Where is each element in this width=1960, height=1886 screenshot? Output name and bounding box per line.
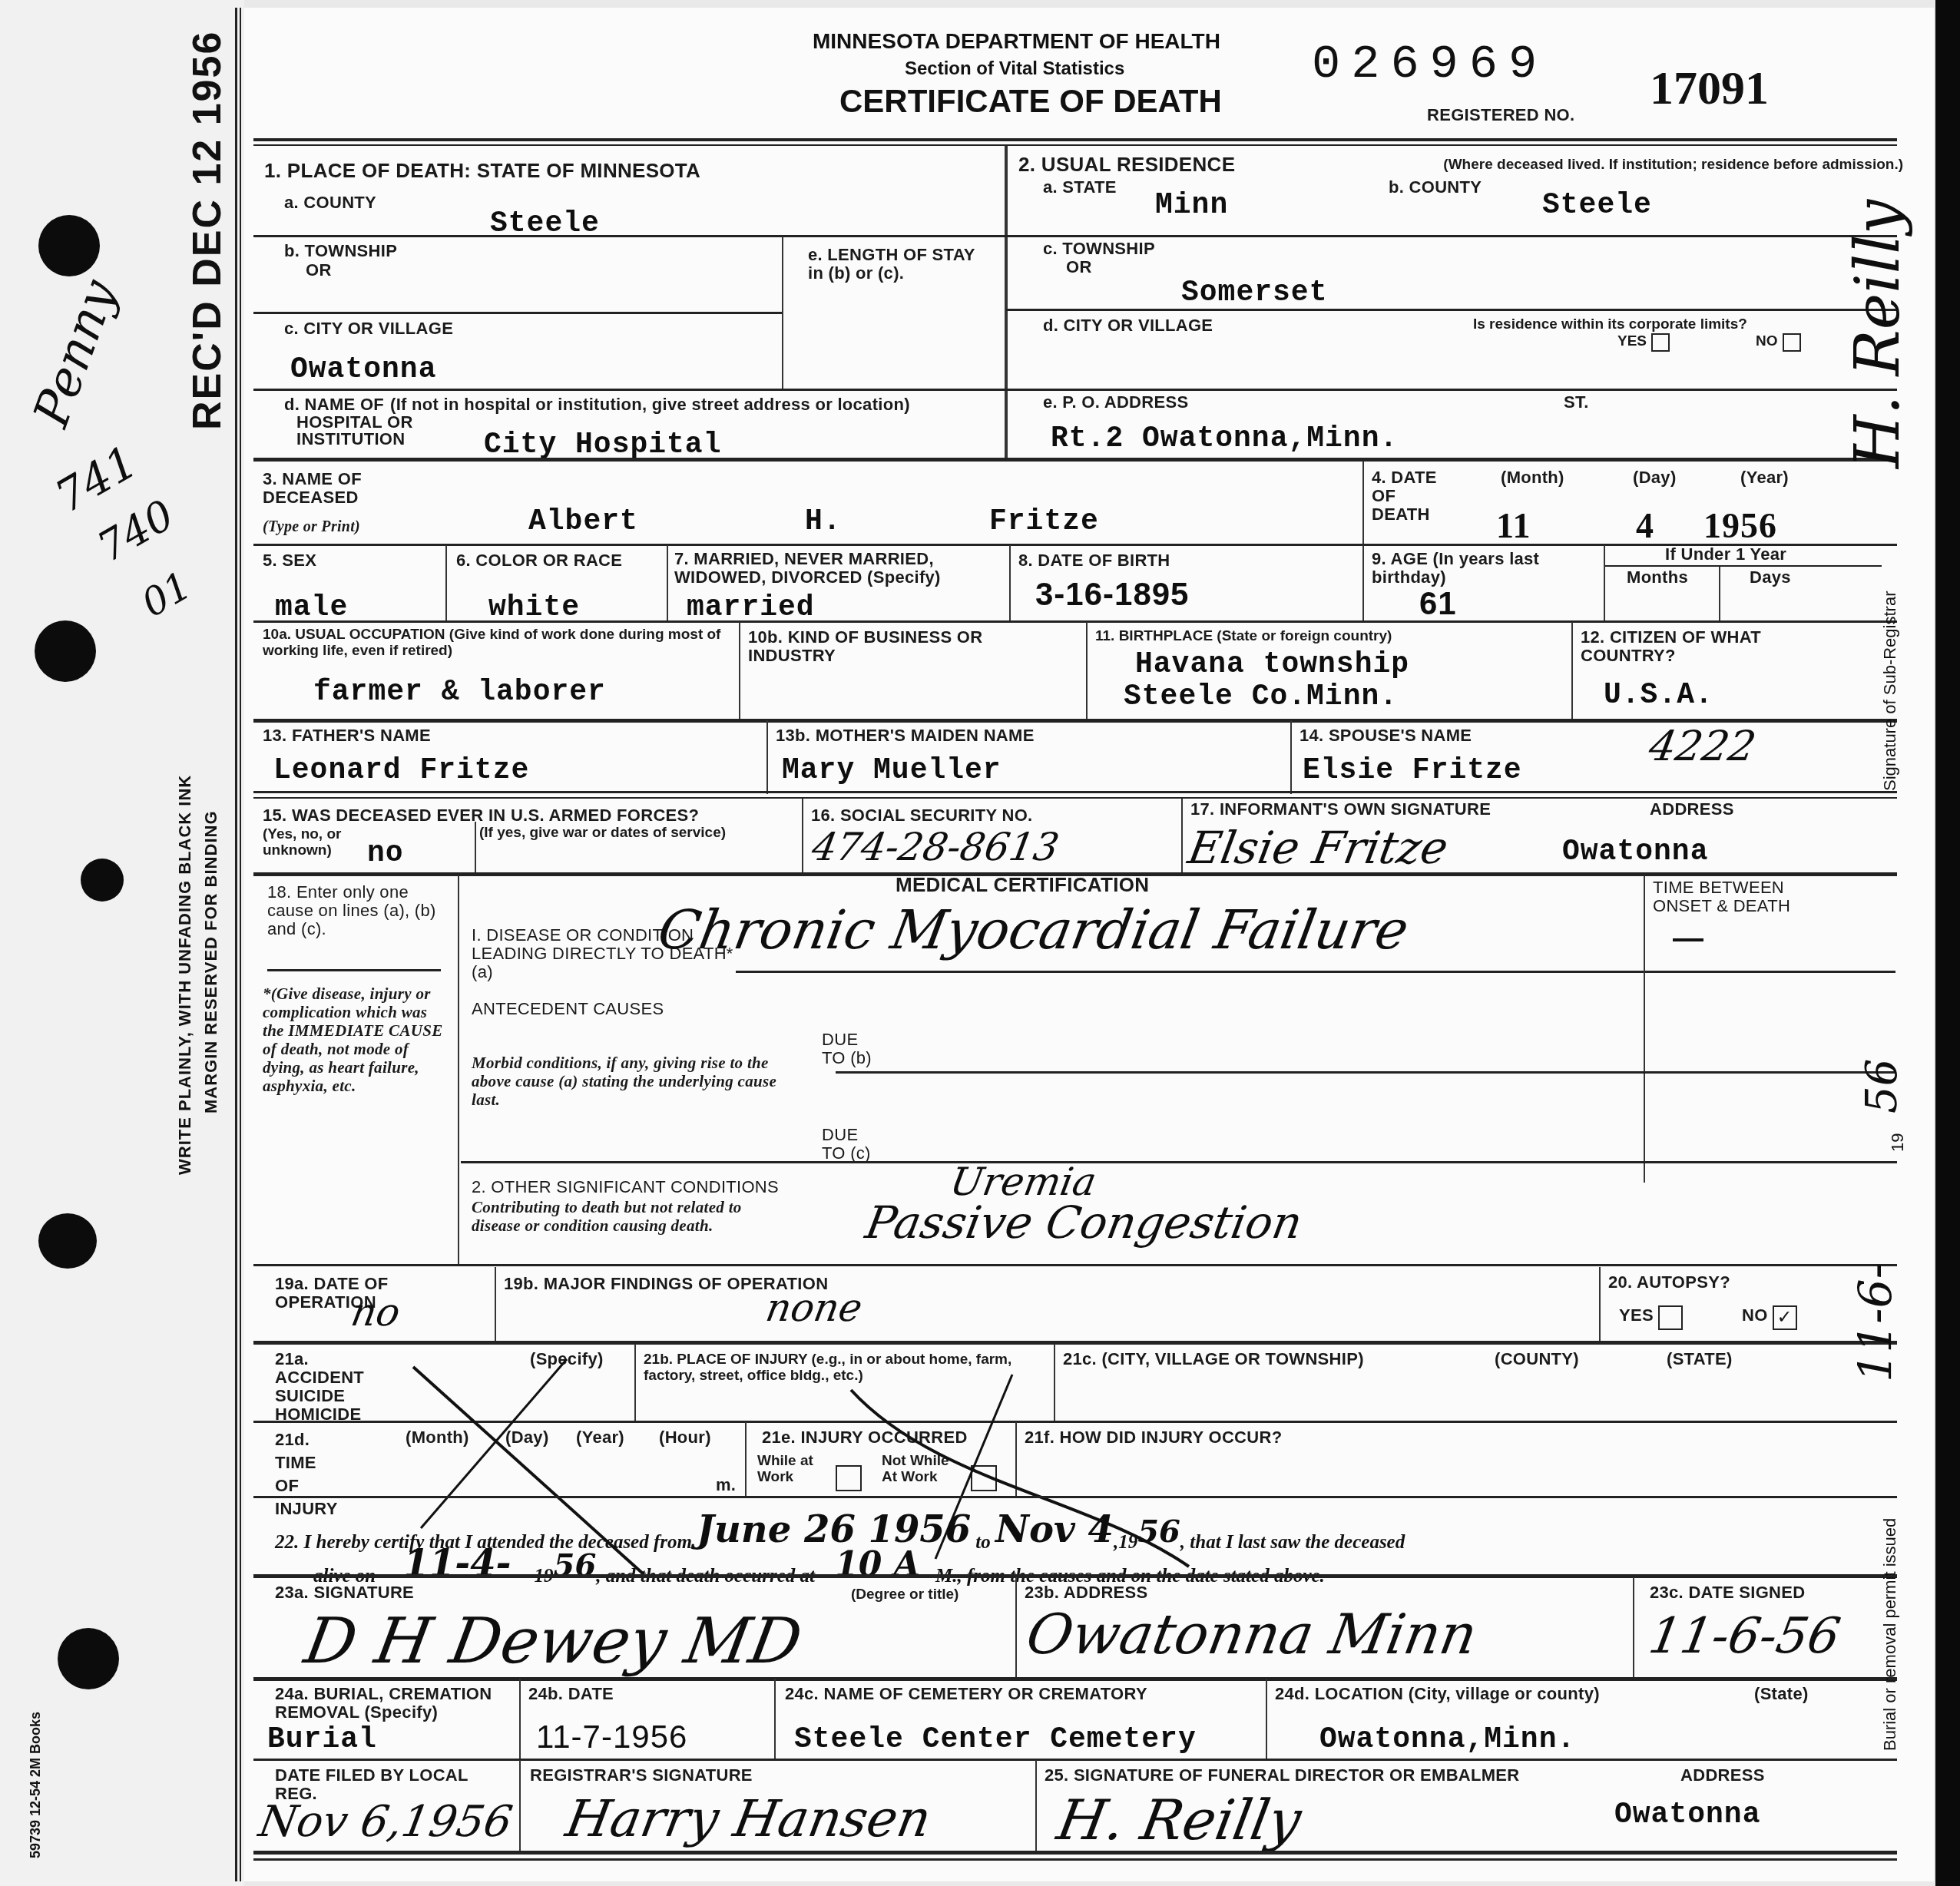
permit-year: 56 <box>1857 1059 1907 1113</box>
marital-status: married <box>687 591 815 624</box>
corporate-limits-question: Is residence within its corporate limits… <box>1473 316 1747 333</box>
physician-address-label: 23b. ADDRESS <box>1025 1583 1148 1602</box>
dob: 3-16-1895 <box>1035 576 1189 613</box>
date-filed: Nov 6,1956 <box>255 1797 516 1847</box>
sub-registrar-signature: H. Reilly <box>1842 200 1913 468</box>
father-name: Leonard Fritze <box>273 754 529 787</box>
punch-hole <box>35 620 96 682</box>
armed-forces-war-label: (If yes, give war or dates of service) <box>479 825 726 841</box>
attended-from: June 26 1956 <box>697 1508 971 1551</box>
death-time: 10 A <box>835 1545 920 1584</box>
residence-county-label: b. COUNTY <box>1389 178 1482 197</box>
divider <box>495 1267 496 1341</box>
yes-label: YES <box>1617 333 1647 349</box>
autopsy-label: 20. AUTOPSY? <box>1608 1273 1730 1292</box>
ssn-label: 16. SOCIAL SECURITY NO. <box>811 806 1033 825</box>
operation-date: no <box>348 1290 404 1335</box>
residence-township-or: OR <box>1066 258 1092 276</box>
margin-code-3: 01 <box>134 563 199 626</box>
residence-city-label: d. CITY OR VILLAGE <box>1043 316 1213 335</box>
occupation-label: 10a. USUAL OCCUPATION (Give kind of work… <box>263 627 739 659</box>
marital-label: 7. MARRIED, NEVER MARRIED, WIDOWED, DIVO… <box>674 550 1005 587</box>
divider <box>667 545 668 622</box>
last-seen-date: 11-4- <box>404 1542 512 1585</box>
signature-label: 23a. SIGNATURE <box>275 1583 414 1602</box>
funeral-director-label: 25. SIGNATURE OF FUNERAL DIRECTOR OR EMB… <box>1045 1766 1520 1785</box>
occupation: farmer & laborer <box>313 676 606 709</box>
citizen: U.S.A. <box>1604 679 1713 712</box>
rule <box>253 1851 1897 1855</box>
months-label: Months <box>1627 568 1688 587</box>
date-signed-label: 23c. DATE SIGNED <box>1650 1583 1805 1602</box>
rule <box>253 1574 1897 1578</box>
death-year: 1956 <box>1703 505 1777 546</box>
burial-location: Owatonna,Minn. <box>1319 1723 1575 1756</box>
divider <box>1035 1760 1037 1852</box>
burial-state-label: (State) <box>1754 1685 1809 1703</box>
disposition-label: 24a. BURIAL, CREMATION REMOVAL (Specify) <box>275 1685 521 1722</box>
autopsy-no-checkbox[interactable]: ✓ <box>1773 1305 1797 1330</box>
divider <box>1599 1267 1601 1341</box>
punch-hole <box>58 1628 119 1689</box>
certification-line-2: alive on 11-4-1956, and that death occur… <box>313 1548 1325 1591</box>
death-year-label: (Year) <box>1740 468 1789 487</box>
mother-label: 13b. MOTHER'S MAIDEN NAME <box>776 726 1035 745</box>
permit-issued-label: Burial or removal permit issued <box>1880 1518 1900 1751</box>
rule <box>253 1264 1897 1266</box>
divider <box>1005 146 1008 461</box>
cemetery: Steele Center Cemetery <box>794 1723 1197 1756</box>
deceased-last-name: Fritze <box>989 505 1099 538</box>
divider <box>802 799 803 875</box>
due-to-b-label: DUE TO (b) <box>822 1031 883 1067</box>
registrar-signature: Harry Hansen <box>561 1789 935 1848</box>
rule <box>253 1759 1897 1761</box>
binding-margin: REC'D DEC 12 1956 Penny 741 740 01 WRITE… <box>0 0 244 1886</box>
deceased-middle-name: H. <box>805 505 842 538</box>
po-address-label: e. P. O. ADDRESS <box>1043 393 1188 412</box>
ink-instruction-2: MARGIN RESERVED FOR BINDING <box>201 810 221 1113</box>
rule <box>253 791 1897 793</box>
rule <box>461 1161 1897 1163</box>
funeral-address: Owatonna <box>1614 1798 1760 1831</box>
no-checkbox[interactable] <box>1783 333 1801 352</box>
burial-location-label: 24d. LOCATION (City, village or county) <box>1275 1685 1600 1703</box>
attended-to: Nov 4 <box>995 1508 1114 1551</box>
registrar-label: REGISTRAR'S SIGNATURE <box>530 1766 753 1785</box>
corporate-no[interactable]: NO <box>1756 333 1801 352</box>
rule <box>1006 309 1897 311</box>
department-name: MINNESOTA DEPARTMENT OF HEALTH <box>813 29 1220 54</box>
sex-label: 5. SEX <box>263 551 316 570</box>
punch-hole <box>38 1213 97 1269</box>
residence-township: Somerset <box>1181 276 1327 309</box>
divider <box>1362 545 1364 622</box>
section-name: Section of Vital Statistics <box>905 58 1124 80</box>
other-condition-2: Passive Congestion <box>862 1196 1306 1249</box>
attended-to-year: 56 <box>1137 1514 1180 1550</box>
rule <box>253 235 1897 237</box>
punch-hole <box>38 215 100 276</box>
age: 61 <box>1419 585 1457 622</box>
rule <box>267 969 441 971</box>
death-city: Owatonna <box>290 353 436 386</box>
margin-code-4222: 4222 <box>1645 722 1760 770</box>
residence-state: Minn <box>1155 189 1228 222</box>
informant-label: 17. INFORMANT'S OWN SIGNATURE <box>1190 800 1491 819</box>
sex: male <box>275 591 348 624</box>
divider <box>1719 567 1720 620</box>
divider <box>774 1679 776 1759</box>
funeral-director-signature: H. Reilly <box>1053 1788 1306 1852</box>
divider <box>1362 461 1364 545</box>
instructions-note: *(Give disease, injury or complication w… <box>263 984 447 1095</box>
city-label: c. CITY OR VILLAGE <box>284 319 453 338</box>
deceased-name-sub: (Type or Print) <box>263 518 360 536</box>
disposition: Burial <box>267 1723 377 1756</box>
other-conditions-note: Contributing to death but not related to… <box>472 1198 763 1235</box>
rule <box>253 544 1897 546</box>
birthplace-line1: Havana township <box>1135 648 1409 681</box>
death-day: 4 <box>1636 505 1654 546</box>
rule <box>253 389 1897 391</box>
header-rule <box>253 144 1897 146</box>
physician-address: Owatonna Minn <box>1022 1602 1482 1666</box>
armed-forces-sub: (Yes, no, or unknown) <box>263 826 347 859</box>
race: white <box>488 591 580 624</box>
death-day-label: (Day) <box>1633 468 1677 487</box>
county-label: a. COUNTY <box>284 194 376 212</box>
birthplace-label: 11. BIRTHPLACE (State or foreign country… <box>1095 628 1392 644</box>
degree-label: (Degree or title) <box>851 1587 958 1603</box>
divider <box>458 875 459 1266</box>
township-label: b. TOWNSHIP <box>284 242 397 260</box>
ink-instruction-1: WRITE PLAINLY, WITH UNFADING BLACK INK <box>175 775 195 1175</box>
father-label: 13. FATHER'S NAME <box>263 726 431 745</box>
divider <box>1571 622 1573 722</box>
autopsy-yes-checkbox[interactable] <box>1658 1305 1683 1330</box>
certificate-paper: MINNESOTA DEPARTMENT OF HEALTH Section o… <box>244 8 1934 1881</box>
hospital-label: d. NAME OF <box>284 395 384 414</box>
rule <box>253 620 1897 623</box>
rule <box>253 1858 1897 1861</box>
dob-label: 8. DATE OF BIRTH <box>1018 551 1170 570</box>
header-rule <box>253 138 1897 141</box>
deceased-first-name: Albert <box>528 505 638 538</box>
rule <box>736 971 1895 973</box>
rule <box>253 312 782 314</box>
residence-note: (Where deceased lived. If institution; r… <box>1396 157 1903 173</box>
hospital-note: (If not in hospital or institution, give… <box>390 395 910 414</box>
rule <box>253 1496 1897 1498</box>
rule <box>253 797 1897 799</box>
time-between-a: — <box>1673 921 1703 956</box>
informant-address-label: ADDRESS <box>1650 800 1734 819</box>
divider <box>475 822 476 875</box>
date-of-death-label: 4. DATE OF DEATH <box>1372 468 1456 524</box>
autopsy-no-label: NO <box>1742 1305 1768 1325</box>
informant-signature: Elsie Fritze <box>1184 822 1452 874</box>
physician-signature: D H Dewey MD <box>300 1605 807 1678</box>
residence-township-label: c. TOWNSHIP <box>1043 240 1155 258</box>
divider <box>1086 622 1088 722</box>
rule <box>1605 565 1882 567</box>
rule <box>253 1677 1897 1681</box>
autopsy-yes-label: YES <box>1619 1305 1654 1325</box>
armed-forces-label: 15. WAS DECEASED EVER IN U.S. ARMED FORC… <box>263 806 699 825</box>
divider <box>1181 799 1183 875</box>
funeral-address-label: ADDRESS <box>1680 1766 1765 1785</box>
sub-registrar-label: Signature of Sub-Registrar <box>1880 591 1900 791</box>
binding-rule <box>235 8 241 1881</box>
township-or: OR <box>306 261 332 280</box>
divider <box>519 1679 521 1759</box>
no-label: NO <box>1756 333 1778 349</box>
armed-forces-answer: no <box>367 837 404 870</box>
divider <box>766 720 768 794</box>
divider <box>1009 545 1011 622</box>
date-signed: 11-6-56 <box>1644 1608 1844 1665</box>
antecedent-label: ANTECEDENT CAUSES <box>472 1000 664 1018</box>
death-month-label: (Month) <box>1501 468 1564 487</box>
due-to-c-label: DUE TO (c) <box>822 1126 883 1163</box>
birthplace-line2: Steele Co.Minn. <box>1124 680 1398 713</box>
certificate-title: CERTIFICATE OF DEATH <box>839 83 1222 120</box>
permit-year-prefix: 19 <box>1888 1133 1908 1152</box>
operation-findings: none <box>763 1285 866 1330</box>
autopsy-yes[interactable]: YES <box>1619 1305 1683 1330</box>
usual-residence-label: 2. USUAL RESIDENCE <box>1018 155 1235 174</box>
other-conditions-label: 2. OTHER SIGNIFICANT CONDITIONS <box>472 1178 779 1196</box>
divider <box>782 237 783 390</box>
hospital-name: City Hospital <box>484 428 721 462</box>
divider <box>1604 545 1605 622</box>
margin-handwritten-note: Penny <box>23 273 128 434</box>
divider <box>1633 1577 1634 1679</box>
cemetery-label: 24c. NAME OF CEMETERY OR CREMATORY <box>785 1685 1147 1703</box>
spouse-label: 14. SPOUSE'S NAME <box>1299 726 1472 745</box>
scan-edge <box>1935 0 1960 1886</box>
state-file-number: 026969 <box>1312 37 1548 91</box>
cause-a: Chronic Myocardial Failure <box>654 898 1413 961</box>
residence-county: Steele <box>1542 189 1652 222</box>
age-label: 9. AGE (In years last birthday) <box>1372 550 1587 587</box>
place-of-death-label: 1. PLACE OF DEATH: STATE OF MINNESOTA <box>264 161 700 180</box>
divider <box>739 622 740 722</box>
instructions-18: 18. Enter only one cause on lines (a), (… <box>267 883 444 938</box>
permit-issued-date: 11-6- <box>1849 1263 1903 1382</box>
autopsy-no[interactable]: NO✓ <box>1742 1305 1797 1330</box>
medical-title: MEDICAL CERTIFICATION <box>896 875 1149 894</box>
burial-date: 11-7-1956 <box>536 1719 687 1755</box>
form-code: 59739 12-54 2M Books <box>28 1712 44 1858</box>
st-label: ST. <box>1564 393 1589 412</box>
death-month: 11 <box>1496 505 1531 546</box>
informant-address: Owatonna <box>1562 835 1708 869</box>
mother-name: Mary Mueller <box>782 754 1002 787</box>
length-of-stay-label: e. LENGTH OF STAY in (b) or (c). <box>808 246 977 283</box>
divider <box>1015 1577 1017 1679</box>
po-address: Rt.2 Owatonna,Minn. <box>1051 422 1398 455</box>
spouse-name: Elsie Fritze <box>1303 754 1522 787</box>
ssn: 474-28-8613 <box>809 825 1062 869</box>
injury-state-label: (STATE) <box>1667 1350 1733 1368</box>
corporate-yes[interactable]: YES <box>1617 333 1670 352</box>
received-stamp: REC'D DEC 12 1956 <box>184 31 230 430</box>
divider <box>1290 720 1292 794</box>
rule <box>836 1071 1895 1074</box>
residence-state-label: a. STATE <box>1043 178 1117 197</box>
yes-checkbox[interactable] <box>1651 333 1670 352</box>
registered-no-label: REGISTERED NO. <box>1427 106 1574 124</box>
divider <box>519 1760 521 1852</box>
divider <box>1266 1679 1267 1759</box>
time-between-label: TIME BETWEEN ONSET & DEATH <box>1653 878 1822 915</box>
days-label: Days <box>1750 568 1791 587</box>
hospital-label-3: INSTITUTION <box>296 430 405 448</box>
under-year-label: If Under 1 Year <box>1665 545 1786 564</box>
burial-date-label: 24b. DATE <box>528 1685 614 1703</box>
race-label: 6. COLOR OR RACE <box>456 551 622 570</box>
deceased-name-label: 3. NAME OF DECEASED <box>263 470 378 507</box>
citizen-label: 12. CITIZEN OF WHAT COUNTRY? <box>1581 628 1811 665</box>
divider <box>1644 875 1645 1183</box>
morbid-note: Morbid conditions, if any, giving rise t… <box>472 1054 779 1109</box>
punch-hole <box>81 859 124 902</box>
registered-no: 17091 <box>1650 61 1769 116</box>
business-label: 10b. KIND OF BUSINESS OR INDUSTRY <box>748 628 1009 665</box>
rule <box>253 719 1897 723</box>
rule <box>253 458 1897 462</box>
divider <box>445 545 447 622</box>
